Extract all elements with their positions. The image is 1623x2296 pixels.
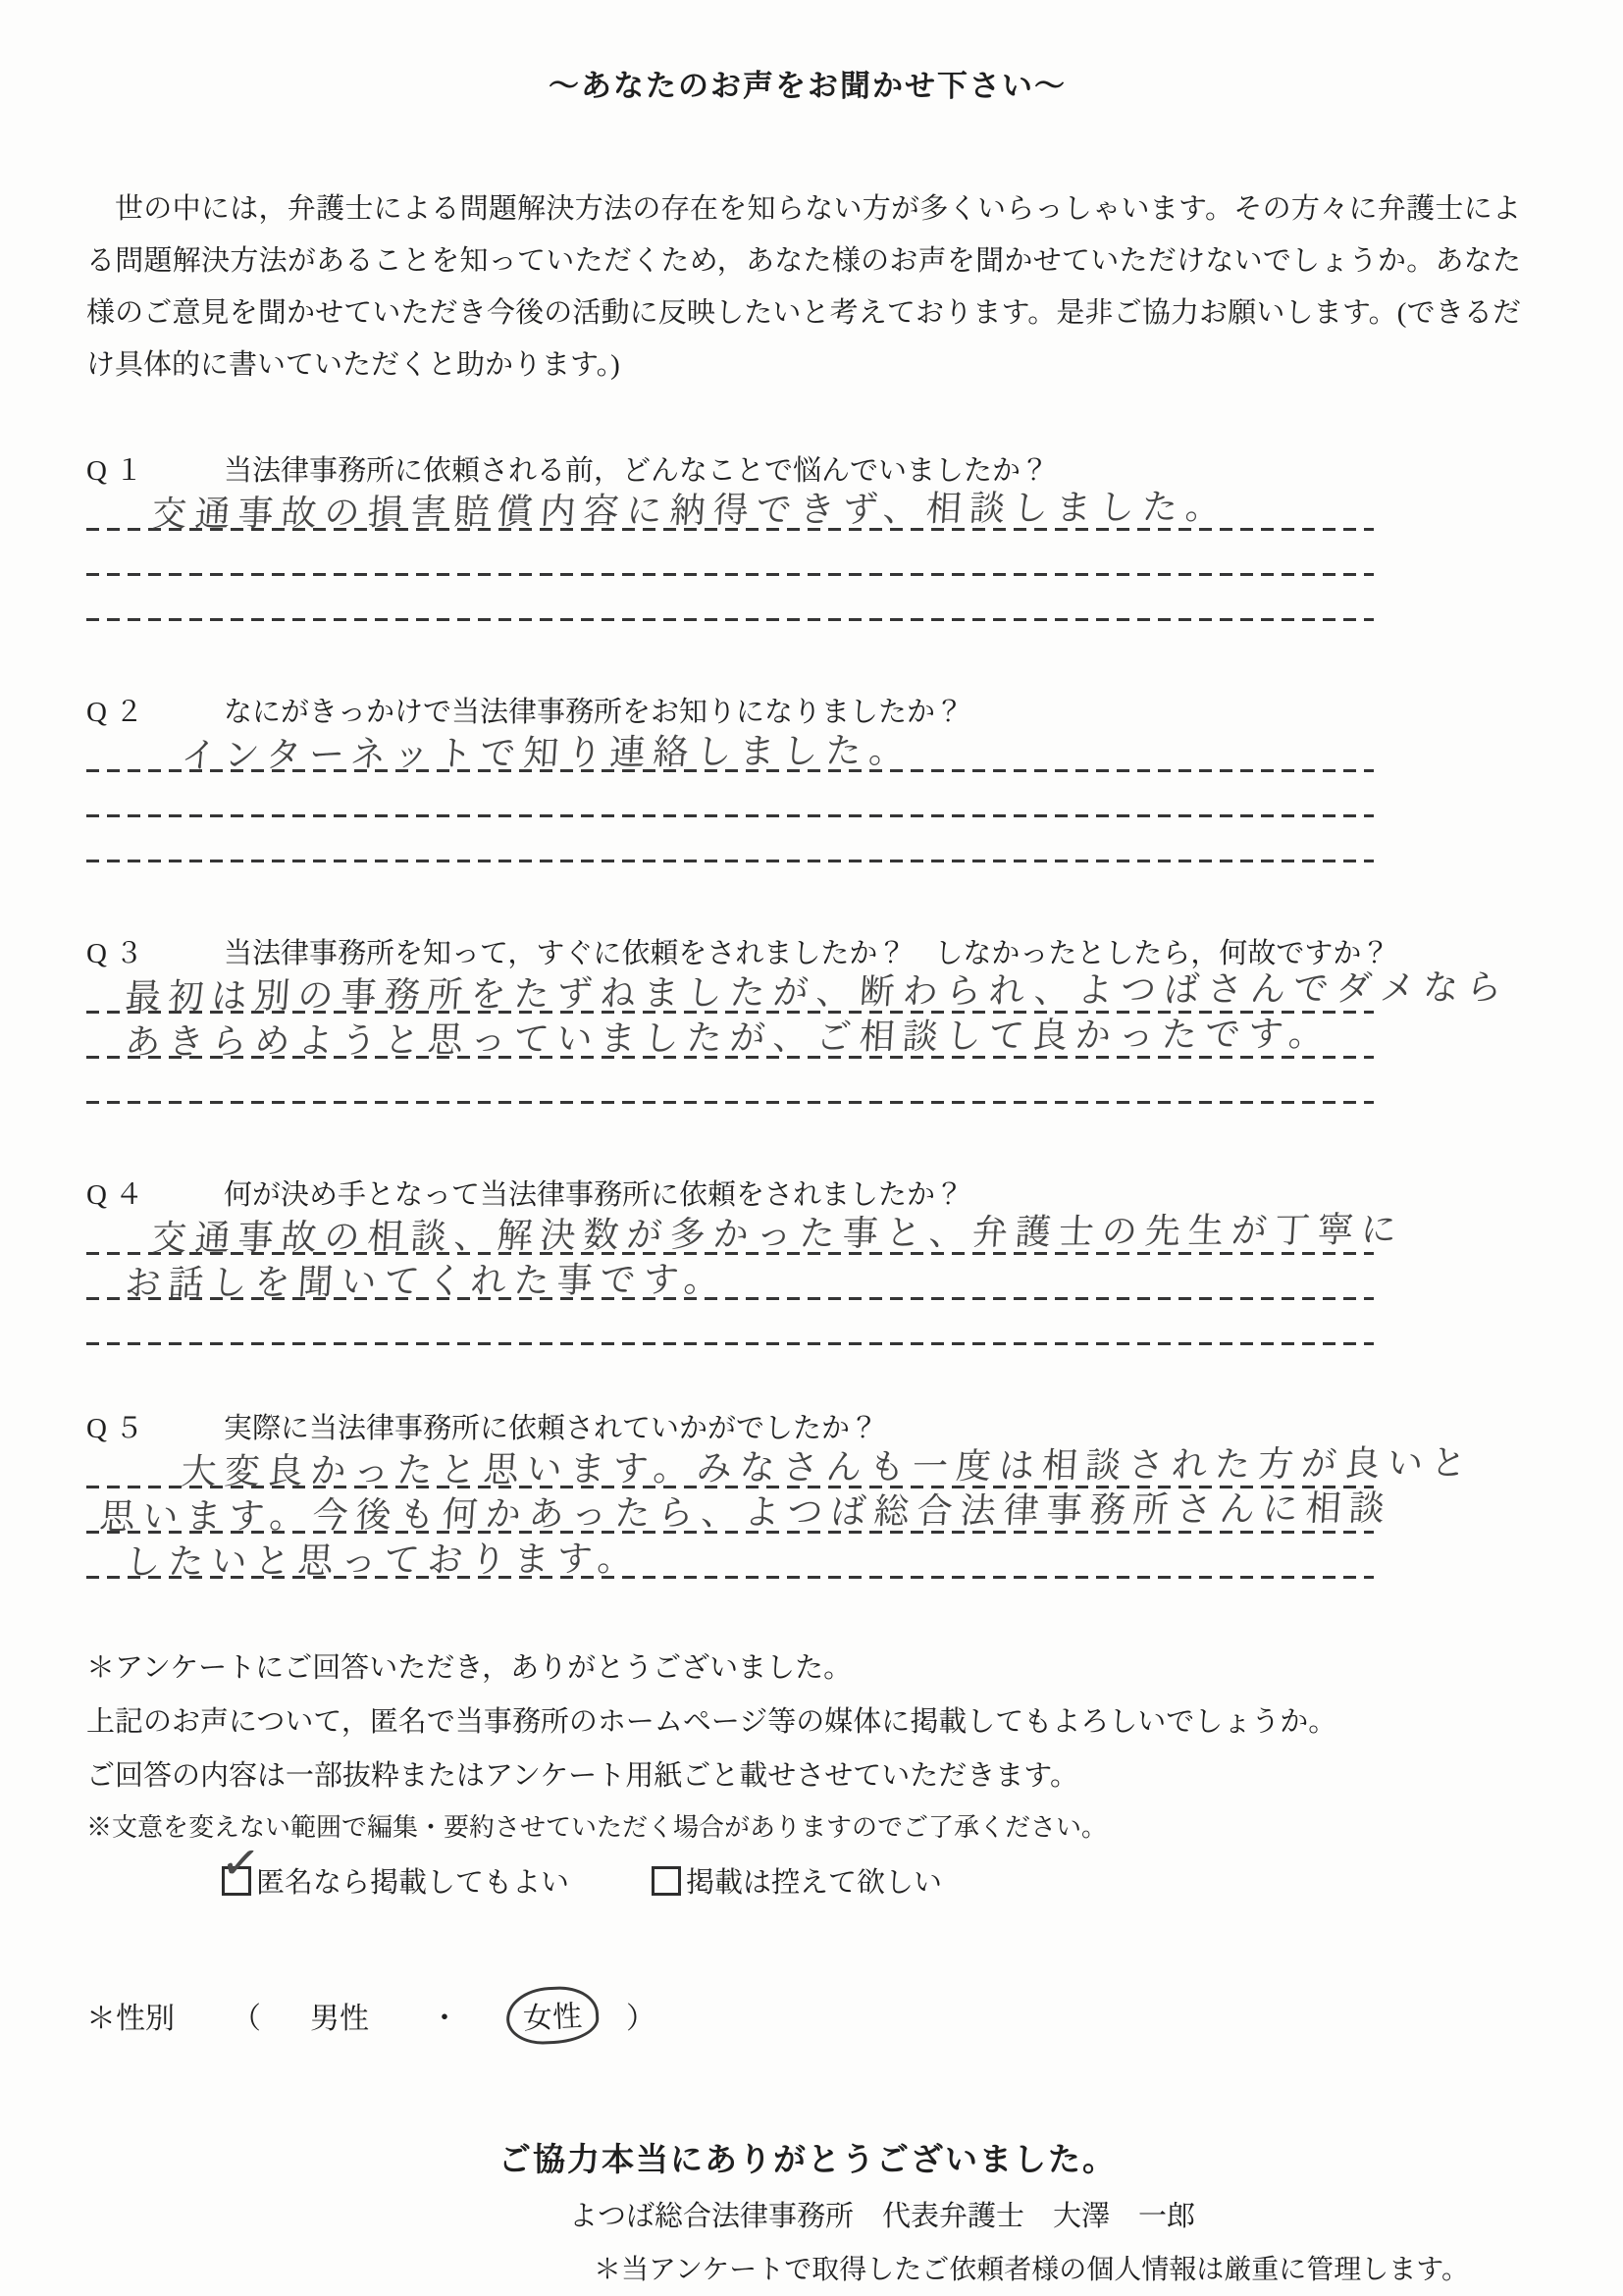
answer-line: 交通事故の相談、解決数が多かった事と、弁護士の先生が丁寧に (86, 1210, 1374, 1255)
checkbox-no-publish (652, 1866, 681, 1896)
survey-page: ～あなたのお声をお聞かせ下さい～ 世の中には，弁護士による問題解決方法の存在を知… (0, 0, 1623, 2296)
question-label: Q２ (86, 690, 224, 730)
option-anonymous-ok: ✓ 匿名なら掲載してもよい (222, 1860, 569, 1901)
answer-line: したいと思っております。 (86, 1534, 1374, 1579)
consent-thanks: ＊アンケートにご回答いただき，ありがとうございました。 (86, 1642, 1529, 1696)
answer-line (86, 576, 1374, 621)
paren-open: （ (232, 1994, 261, 2037)
intro-paragraph: 世の中には，弁護士による問題解決方法の存在を知らない方が多くいらっしゃいます。そ… (86, 183, 1521, 391)
question-block-q2: Q２なにがきっかけで当法律事務所をお知りになりましたか？ インターネットで知り連… (86, 690, 1529, 862)
footer-section: ご協力本当にありがとうございました。 よつば総合法律事務所 代表弁護士 大澤 一… (86, 2134, 1529, 2287)
consent-ask: 上記のお声について，匿名で当事務所のホームページ等の媒体に掲載してもよろしいでし… (86, 1696, 1529, 1749)
handwritten-answer: お話しを聞いてくれた事です。 (124, 1252, 729, 1306)
question-label: Q１ (86, 448, 224, 489)
gender-male: 男性 (310, 1994, 369, 2037)
answer-line: 思います。今後も何かあったら、よつば総合法律事務所さんに相談 (86, 1488, 1374, 1534)
handwritten-answer: 交通事故の損害賠償内容に納得できず、相談しました。 (150, 479, 1230, 537)
consent-note: ※文意を変えない範囲で編集・要約させていただく場合がありますのでご了承ください。 (86, 1803, 1529, 1852)
gender-row: ＊性別 （ 男性 ・ 女性 ） (86, 1987, 1529, 2044)
question-block-q5: Q５実際に当法律事務所に依頼されていかがでしたか？ 大変良かったと思います。みな… (86, 1406, 1529, 1579)
answer-line: 交通事故の損害賠償内容に納得できず、相談しました。 (86, 486, 1374, 531)
answer-line: お話しを聞いてくれた事です。 (86, 1255, 1374, 1300)
consent-options: ✓ 匿名なら掲載してもよい 掲載は控えて欲しい (222, 1860, 1529, 1901)
consent-detail: ご回答の内容は一部抜粋またはアンケート用紙ごと載せさせていただきます。 (86, 1749, 1529, 1803)
answer-line (86, 531, 1374, 576)
handwritten-answer: したいと思っております。 (124, 1531, 643, 1585)
answer-line: あきらめようと思っていましたが、ご相談して良かったです。 (86, 1014, 1374, 1059)
page-title: ～あなたのお声をお聞かせ下さい～ (86, 61, 1529, 105)
answer-line: インターネットで知り連絡しました。 (86, 727, 1374, 772)
gender-female-circled: 女性 (505, 1985, 601, 2047)
question-line: Q１当法律事務所に依頼される前，どんなことで悩んでいましたか？ (86, 448, 1529, 486)
question-label: Q３ (86, 931, 224, 971)
footer-thanks: ご協力本当にありがとうございました。 (86, 2134, 1529, 2180)
handwritten-answer: 思います。今後も何かあったら、よつば総合法律事務所さんに相談 (98, 1481, 1394, 1539)
answer-line (86, 1300, 1374, 1345)
option-label: 掲載は控えて欲しい (686, 1860, 942, 1901)
question-label: Q５ (86, 1406, 224, 1446)
footer-privacy-note: ＊当アンケートで取得したご依頼者様の個人情報は厳重に管理します。 (310, 2248, 1623, 2287)
answer-line (86, 772, 1374, 817)
question-block-q4: Q４何が決め手となって当法律事務所に依頼をされましたか？ 交通事故の相談、解決数… (86, 1173, 1529, 1345)
question-block-q3: Q３当法律事務所を知って，すぐに依頼をされましたか？ しなかったとしたら，何故で… (86, 931, 1529, 1104)
paren-close: ） (626, 1994, 655, 2037)
checkmark-icon: ✓ (219, 1838, 263, 1889)
checkbox-anonymous-ok: ✓ (222, 1866, 251, 1896)
gender-separator: ・ (430, 1994, 459, 2037)
option-no-publish: 掲載は控えて欲しい (652, 1860, 942, 1901)
answer-line (86, 817, 1374, 862)
handwritten-answer: あきらめようと思っていましたが、ご相談して良かったです。 (124, 1006, 1334, 1065)
handwritten-answer: インターネットで知り連絡しました。 (180, 723, 914, 778)
question-block-q1: Q１当法律事務所に依頼される前，どんなことで悩んでいましたか？ 交通事故の損害賠… (86, 448, 1529, 621)
question-line: Q２なにがきっかけで当法律事務所をお知りになりましたか？ (86, 690, 1529, 727)
option-label: 匿名なら掲載してもよい (256, 1860, 569, 1901)
consent-section: ＊アンケートにご回答いただき，ありがとうございました。 上記のお声について，匿名… (86, 1642, 1529, 1901)
scanned-survey-document: { "page": { "title": "～あなたのお声をお聞かせ下さい～",… (0, 0, 1623, 2296)
handwritten-answer: 交通事故の相談、解決数が多かった事と、弁護士の先生が丁寧に (150, 1202, 1406, 1261)
question-label: Q４ (86, 1173, 224, 1213)
footer-signature: よつば総合法律事務所 代表弁護士 大澤 一郎 (161, 2194, 1603, 2234)
answer-line (86, 1059, 1374, 1104)
gender-label: ＊性別 (86, 1994, 175, 2037)
